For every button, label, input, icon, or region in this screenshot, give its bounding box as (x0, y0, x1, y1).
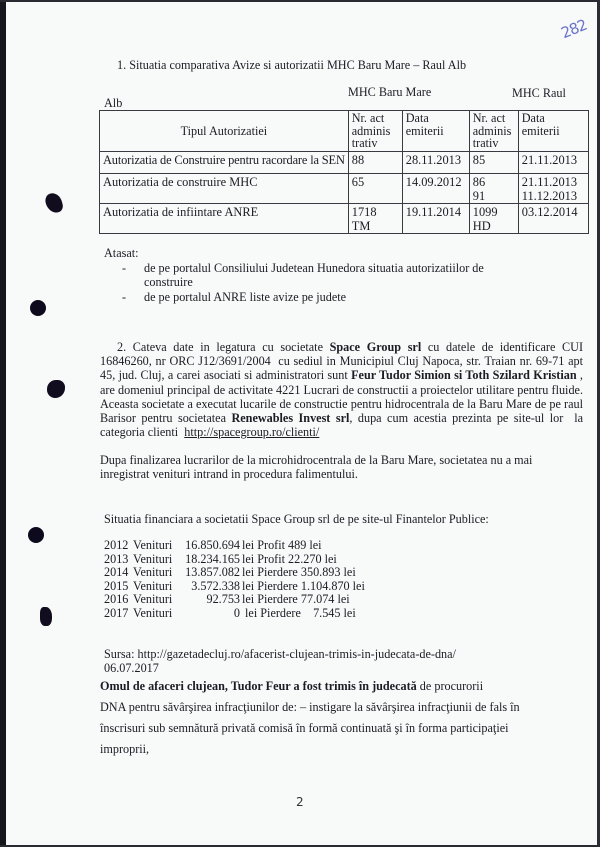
result: lei Profit 22.270 lei (242, 553, 337, 567)
result: lei Pierdere 1.104.870 lei (242, 580, 365, 594)
cell-line: 85 (473, 154, 515, 168)
revenue-wrap: 0 (180, 607, 240, 621)
cell-line: 28.11.2013 (406, 154, 466, 168)
cell-raul-data: 21.11.2013 (518, 152, 588, 174)
header-raul-nr: Nr. act adminis trativ (469, 111, 518, 152)
financial-row: 2015 Venituri 3.572.338 lei Pierdere 1.1… (104, 580, 364, 594)
year: 2016 (104, 593, 128, 607)
header-line: Data (406, 112, 466, 125)
cell-raul-nr: 1099 HD (469, 204, 518, 234)
revenue-value: 18.234.165 (185, 553, 240, 567)
authorizations-table: Tipul Autorizatiei Nr. act adminis trati… (99, 110, 589, 234)
header-baru-nr: Nr. act adminis trativ (348, 111, 402, 152)
financials-heading: Situatia financiara a societatii Space G… (104, 512, 489, 526)
attached-label: Atasat: (104, 246, 139, 260)
cell-raul-data: 21.11.2013 11.12.2013 (518, 174, 588, 204)
table-header-row: Tipul Autorizatiei Nr. act adminis trati… (100, 111, 589, 152)
punch-hole (28, 527, 44, 543)
revenue-value: 3.572.338 (191, 580, 240, 594)
text-run: de procurorii (417, 679, 483, 693)
cell-baru-nr: 1718 TM (348, 204, 402, 234)
revenue-wrap: 3.572.338 (180, 580, 240, 594)
header-line: trativ (352, 137, 399, 150)
news-headline: Omul de afaceri clujean, Tudor Feur a fo… (100, 679, 417, 693)
cell-line: 03.12.2014 (522, 206, 585, 220)
header-line: trativ (473, 137, 515, 150)
attachment-text: de pe portalul ANRE liste avize pe judet… (144, 290, 504, 304)
news-date: 06.07.2017 (104, 661, 159, 675)
header-line: Nr. act (352, 112, 399, 125)
client-name: Renewables Invest srl (231, 411, 349, 425)
cell-baru-nr: 65 (348, 174, 402, 204)
revenue-wrap: 92.753 (180, 593, 240, 607)
cell-raul-nr: 86 91 (469, 174, 518, 204)
financial-row: 2013 Venituri 18.234.165 lei Profit 22.2… (104, 553, 364, 567)
revenue-label: Venituri (133, 607, 172, 621)
staple-hole-mark (40, 607, 52, 626)
cell-baru-nr: 88 (348, 152, 402, 174)
revenue-value: 13.857.082 (185, 566, 240, 580)
result: lei Pierdere 77.074 lei (242, 593, 350, 607)
cell-line: 88 (352, 154, 399, 168)
cell-line: 21.11.2013 (522, 154, 585, 168)
revenue-wrap: 18.234.165 (180, 553, 240, 567)
cell-line: 19.11.2014 (406, 206, 466, 220)
section2-conclusion: Dupa finalizarea lucrarilor de la microh… (100, 453, 583, 481)
result: lei Profit 489 lei (242, 539, 322, 553)
header-line: emiterii (522, 125, 585, 138)
cell-line: TM (352, 220, 399, 234)
staple-hole-mark (44, 191, 65, 214)
news-line: Omul de afaceri clujean, Tudor Feur a fo… (100, 676, 583, 697)
revenue-value: 0 (234, 607, 240, 621)
news-excerpt: Omul de afaceri clujean, Tudor Feur a fo… (100, 676, 583, 760)
scan-border-top (0, 0, 600, 2)
financials-list: 2012 Venituri 16.850.694 lei Profit 489 … (104, 539, 364, 621)
cell-line: 65 (352, 176, 399, 190)
bullet-dash: - (122, 290, 126, 304)
revenue-label: Venituri (133, 580, 172, 594)
cell-baru-data: 28.11.2013 (402, 152, 469, 174)
attachment-text: de pe portalul Consiliului Judetean Hune… (144, 261, 504, 289)
header-line: Data (522, 112, 585, 125)
bullet-dash: - (122, 261, 126, 275)
news-line: înscrisuri sub semnătură privată comisă … (100, 718, 583, 739)
staple-hole-mark (47, 380, 65, 398)
header-baru-data: Data emiterii (402, 111, 469, 152)
cell-line: 11.12.2013 (522, 190, 585, 204)
cell-line: 14.09.2012 (406, 176, 466, 190)
financial-row: 2017 Venituri 0 lei Pierdere 7.545 lei (104, 607, 364, 621)
result: lei Pierdere 350.893 lei (242, 566, 356, 580)
year: 2013 (104, 553, 128, 567)
financial-row: 2016 Venituri 92.753 lei Pierdere 77.074… (104, 593, 364, 607)
text-run: 2. Cateva date in legatura cu societate (117, 340, 330, 354)
table-row: Autorizatia de infiintare ANRE 1718 TM 1… (100, 204, 589, 234)
header-line: emiterii (406, 125, 466, 138)
news-source: Sursa: http://gazetadecluj.ro/afacerist-… (104, 647, 456, 661)
header-raul-data: Data emiterii (518, 111, 588, 152)
year: 2014 (104, 566, 128, 580)
cell-baru-data: 19.11.2014 (402, 204, 469, 234)
result: lei Pierdere 7.545 lei (242, 607, 356, 621)
company-name: Space Group srl (330, 340, 422, 354)
group-label-baru-mare: MHC Baru Mare (348, 85, 431, 99)
news-line: DNA pentru săvârşirea infracţiunilor de:… (100, 697, 583, 718)
header-type: Tipul Autorizatiei (100, 111, 349, 152)
revenue-value: 16.850.694 (185, 539, 240, 553)
scanned-document-page: 282 1. Situatia comparativa Avize si aut… (0, 0, 600, 847)
group-label-raul-cont: Alb (104, 96, 122, 110)
group-label-raul: MHC Raul (512, 86, 566, 100)
cell-raul-nr: 85 (469, 152, 518, 174)
cell-type: Autorizatia de construire MHC (100, 174, 349, 204)
header-line: Nr. act (473, 112, 515, 125)
section2-paragraph: 2. Cateva date in legatura cu societate … (100, 340, 583, 439)
table-row: Autorizatia de construire MHC 65 14.09.2… (100, 174, 589, 204)
revenue-value: 92.753 (206, 593, 240, 607)
cell-line: 1099 (473, 206, 515, 220)
cell-line: 91 (473, 190, 515, 204)
revenue-label: Venituri (133, 539, 172, 553)
year: 2012 (104, 539, 128, 553)
cell-line: 21.11.2013 (522, 176, 585, 190)
cell-line: 86 (473, 176, 515, 190)
cell-raul-data: 03.12.2014 (518, 204, 588, 234)
cell-type: Autorizatia de infiintare ANRE (100, 204, 349, 234)
table-row: Autorizatia de Construire pentru racorda… (100, 152, 589, 174)
cell-type: Autorizatia de Construire pentru racorda… (100, 152, 349, 174)
scan-border-left (0, 0, 6, 847)
cell-line: 1718 (352, 206, 399, 220)
year: 2017 (104, 607, 128, 621)
revenue-label: Venituri (133, 553, 172, 567)
handwritten-page-number: 282 (559, 16, 590, 42)
financial-row: 2012 Venituri 16.850.694 lei Profit 489 … (104, 539, 364, 553)
revenue-label: Venituri (133, 593, 172, 607)
revenue-wrap: 16.850.694 (180, 539, 240, 553)
administrator-names: Feur Tudor Simion si Toth Szilard Kristi… (351, 368, 577, 382)
news-line: improprii, (100, 739, 583, 760)
cell-baru-data: 14.09.2012 (402, 174, 469, 204)
page-number: 2 (296, 795, 304, 809)
revenue-label: Venituri (133, 566, 172, 580)
financial-row: 2014 Venituri 13.857.082 lei Pierdere 35… (104, 566, 364, 580)
clients-link[interactable]: http://spacegroup.ro/clienti/ (184, 425, 319, 439)
revenue-wrap: 13.857.082 (180, 566, 240, 580)
punch-hole (30, 300, 46, 316)
year: 2015 (104, 580, 128, 594)
section1-heading: 1. Situatia comparativa Avize si autoriz… (117, 58, 466, 72)
cell-line: HD (473, 220, 515, 234)
